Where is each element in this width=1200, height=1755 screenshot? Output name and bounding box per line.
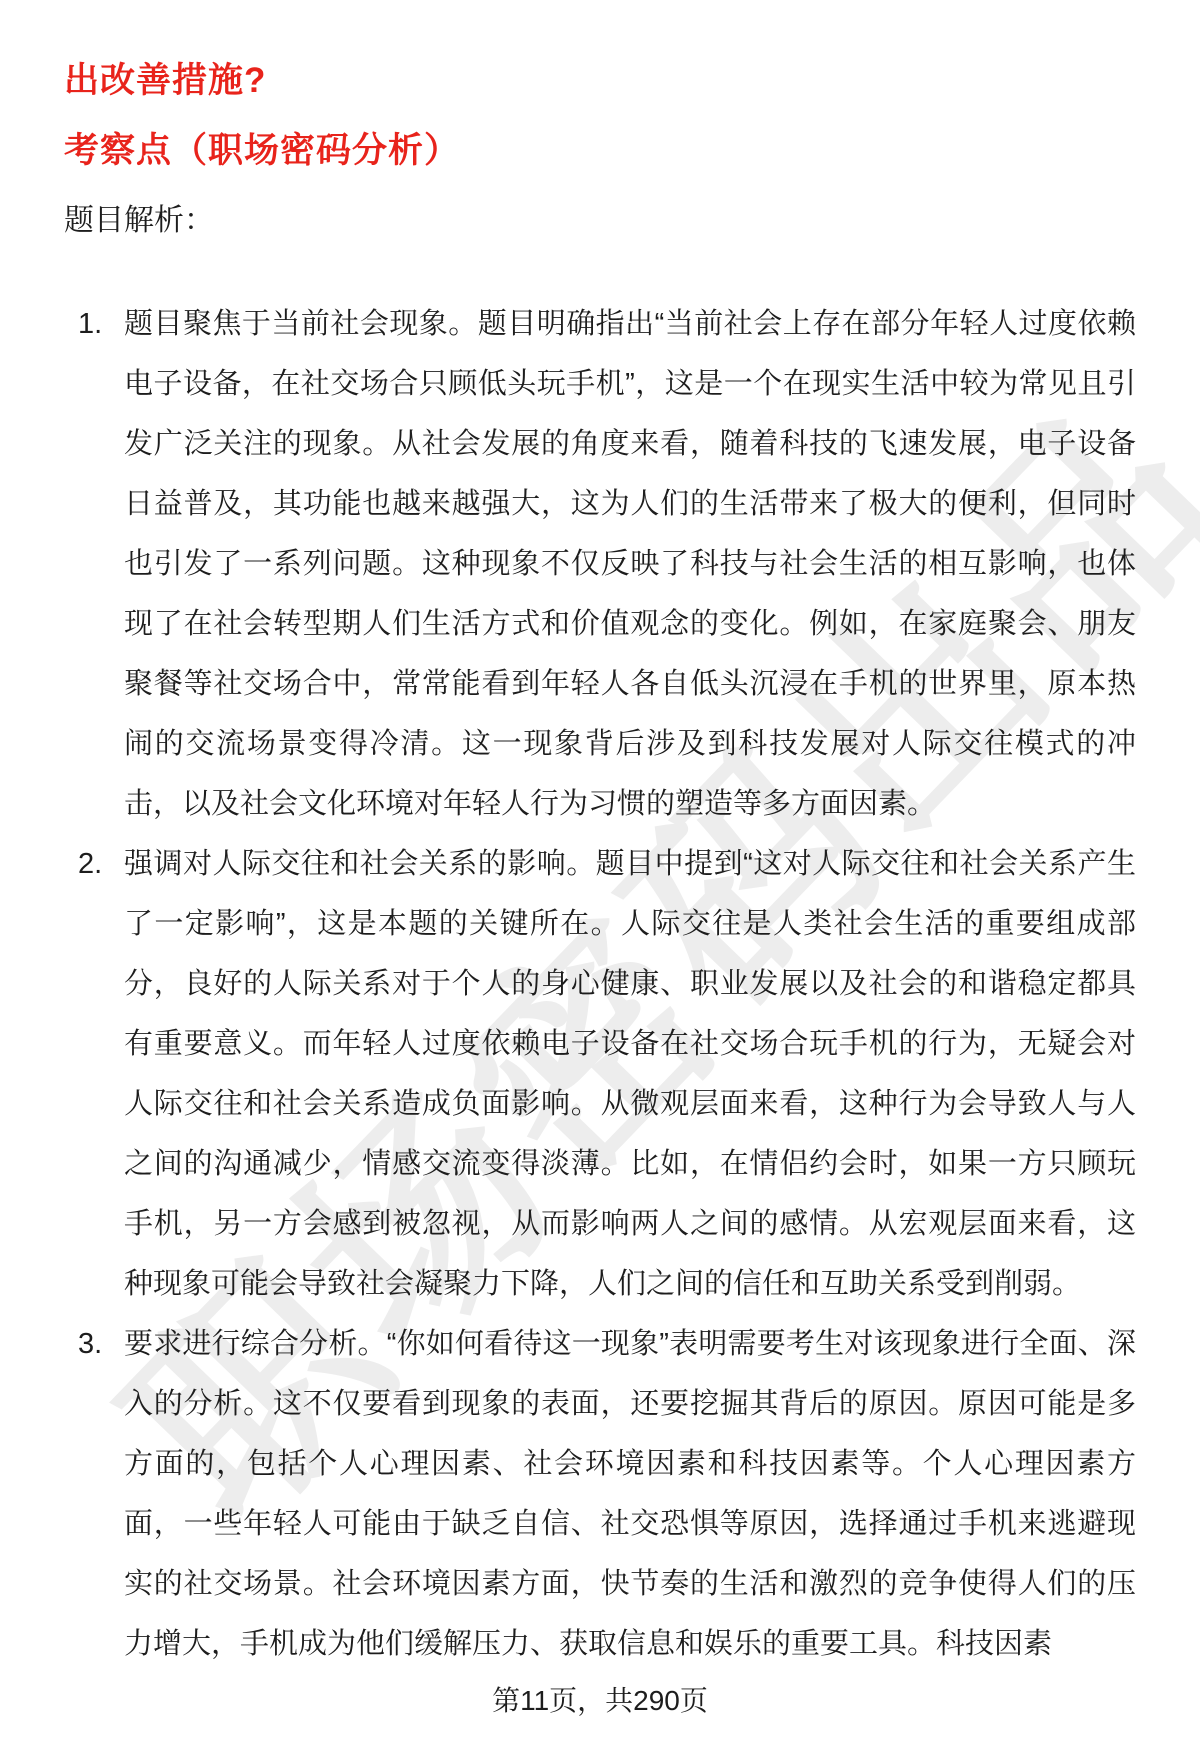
heading-exam-point: 考察点（职场密码分析） [64, 128, 1136, 174]
document-page: 出改善措施? 考察点（职场密码分析） 题目解析： 1. 题目聚焦于当前社会现象。… [0, 0, 1200, 1674]
heading-carryover-question: 出改善措施? [64, 58, 1136, 104]
item-3-text: 要求进行综合分析。“你如何看待这一现象”表明需要考生对该现象进行全面、深入的分析… [124, 1328, 1136, 1660]
analysis-item-2: 2. 强调对人际交往和社会关系的影响。题目中提到“这对人际交往和社会关系产生了一… [64, 834, 1136, 1314]
page-number-indicator: 第11页，共290页 [492, 1685, 708, 1716]
item-2-number: 2. [78, 834, 102, 894]
analysis-label: 题目解析： [64, 198, 1136, 244]
item-1-number: 1. [78, 294, 102, 354]
analysis-list: 1. 题目聚焦于当前社会现象。题目明确指出“当前社会上存在部分年轻人过度依赖电子… [64, 294, 1136, 1674]
item-1-text: 题目聚焦于当前社会现象。题目明确指出“当前社会上存在部分年轻人过度依赖电子设备，… [124, 308, 1136, 820]
analysis-item-3: 3. 要求进行综合分析。“你如何看待这一现象”表明需要考生对该现象进行全面、深入… [64, 1314, 1136, 1674]
analysis-item-1: 1. 题目聚焦于当前社会现象。题目明确指出“当前社会上存在部分年轻人过度依赖电子… [64, 294, 1136, 834]
page-footer: 第11页，共290页 [0, 1679, 1200, 1719]
item-2-text: 强调对人际交往和社会关系的影响。题目中提到“这对人际交往和社会关系产生了一定影响… [124, 848, 1136, 1300]
item-3-number: 3. [78, 1314, 102, 1374]
